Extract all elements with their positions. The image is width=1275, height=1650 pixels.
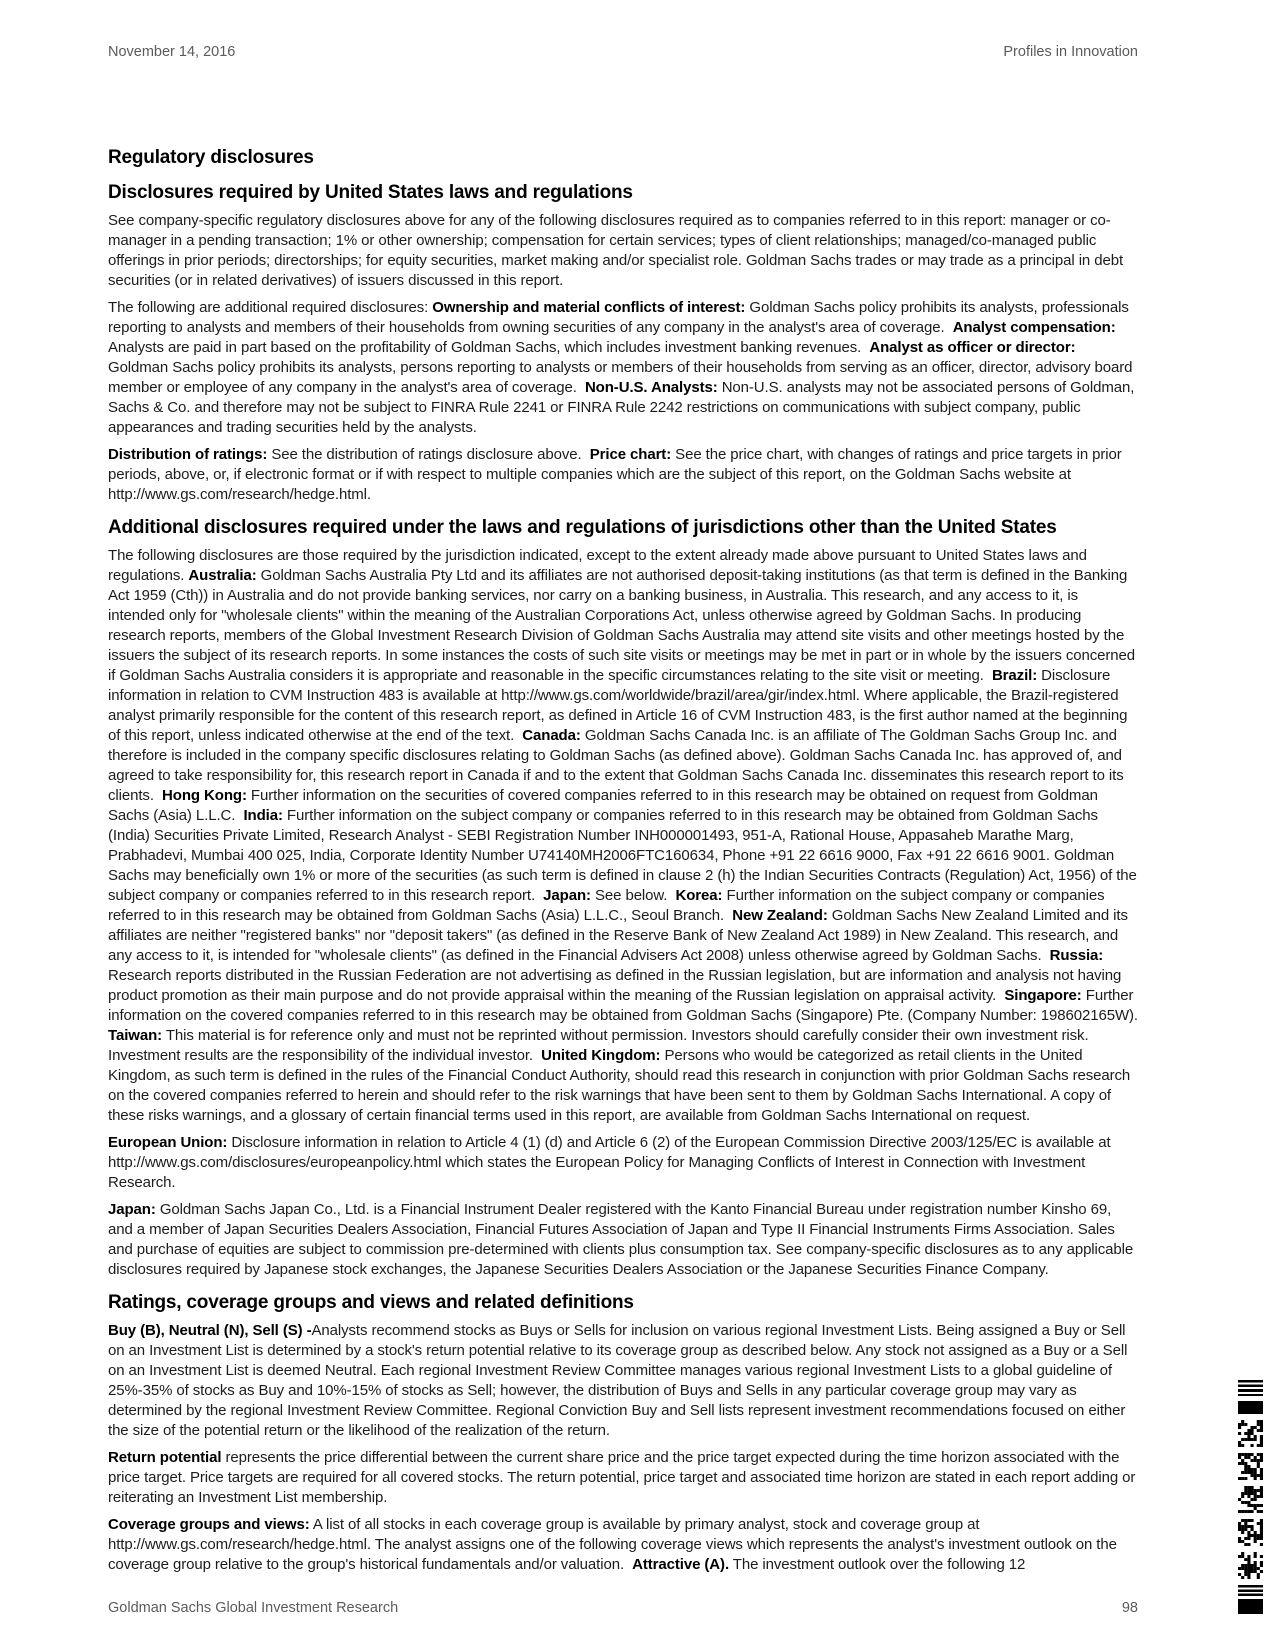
barcode-block-icon [1238, 1401, 1263, 1414]
qr-block-icon [1238, 1519, 1263, 1546]
footer-page-number: 98 [1122, 1600, 1138, 1616]
section-heading: Ratings, coverage groups and views and r… [108, 1292, 1138, 1314]
paragraph: Coverage groups and views: A list of all… [108, 1515, 1138, 1575]
qr-block-icon [1238, 1420, 1263, 1447]
paragraph: Buy (B), Neutral (N), Sell (S) -Analysts… [108, 1321, 1138, 1441]
qr-barcode-strip [1238, 1380, 1263, 1614]
paragraph: The following disclosures are those requ… [108, 546, 1138, 1126]
paragraph: Return potential represents the price di… [108, 1448, 1138, 1508]
document-page: November 14, 2016 Profiles in Innovation… [0, 0, 1275, 1650]
barcode-stripes-icon [1238, 1380, 1263, 1396]
sections-container: Disclosures required by United States la… [108, 182, 1138, 1575]
page-header: November 14, 2016 Profiles in Innovation [108, 44, 1138, 60]
paragraph: European Union: Disclosure information i… [108, 1133, 1138, 1193]
page-footer: Goldman Sachs Global Investment Research… [108, 1600, 1138, 1616]
header-date: November 14, 2016 [108, 44, 235, 60]
page-title: Regulatory disclosures [108, 147, 1138, 169]
paragraph: See company-specific regulatory disclosu… [108, 211, 1138, 291]
qr-block-icon [1238, 1453, 1263, 1480]
footer-source: Goldman Sachs Global Investment Research [108, 1600, 398, 1616]
paragraph: The following are additional required di… [108, 298, 1138, 438]
section-heading: Additional disclosures required under th… [108, 517, 1138, 539]
document-content: Regulatory disclosures Disclosures requi… [108, 147, 1138, 1582]
section-heading: Disclosures required by United States la… [108, 182, 1138, 204]
qr-block-icon [1238, 1486, 1263, 1513]
header-report-title: Profiles in Innovation [1003, 44, 1138, 60]
paragraph: Distribution of ratings: See the distrib… [108, 445, 1138, 505]
barcode-stripes-icon [1238, 1585, 1263, 1596]
qr-block-icon [1238, 1552, 1263, 1579]
paragraph: Japan: Goldman Sachs Japan Co., Ltd. is … [108, 1200, 1138, 1280]
barcode-block-icon [1238, 1599, 1263, 1614]
